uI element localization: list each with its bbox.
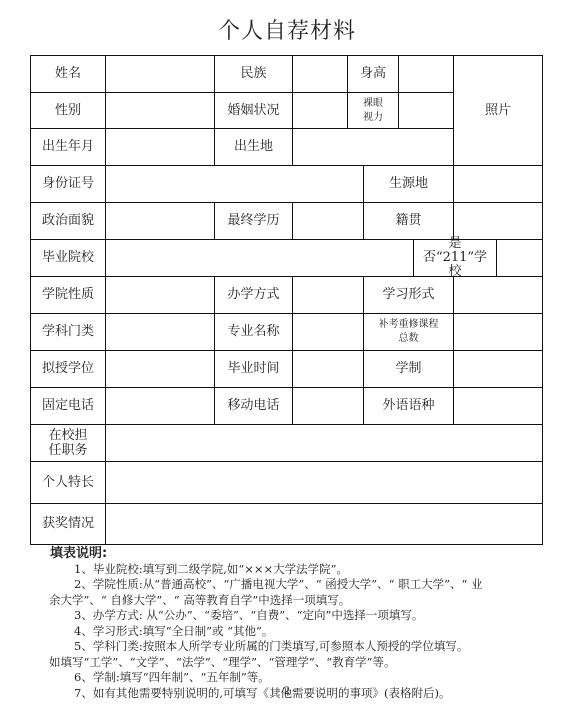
- label-major: 专业名称: [214, 313, 293, 351]
- input-graduate-school[interactable]: [105, 239, 414, 277]
- photo-box[interactable]: 照片: [453, 55, 543, 166]
- input-major[interactable]: [292, 313, 364, 351]
- input-school-position[interactable]: [105, 424, 543, 462]
- instruction-item: 3、办学方式: 从“公办”、“委培”、“自费”、“定向”中选择一项填写。: [36, 608, 556, 624]
- page-number: - 2 -: [0, 686, 574, 697]
- label-retake-courses: 补考重修课程总数: [363, 313, 454, 351]
- label-native-place: 籍贯: [363, 202, 454, 240]
- label-graduate-school: 毕业院校: [30, 239, 106, 277]
- label-foreign-language: 外语语种: [363, 387, 454, 425]
- input-id-number[interactable]: [105, 165, 364, 203]
- label-political-status: 政治面貌: [30, 202, 106, 240]
- input-native-place[interactable]: [453, 202, 543, 240]
- application-form-table: 姓名 民族 身高 照片 性别 婚姻状况 裸眼视力 出生年月 出生地 身份证号 生…: [0, 0, 574, 560]
- label-school-type: 学院性质: [30, 276, 106, 314]
- label-mobile: 移动电话: [214, 387, 293, 425]
- input-degree[interactable]: [105, 350, 215, 388]
- input-foreign-language[interactable]: [453, 387, 543, 425]
- label-landline: 固定电话: [30, 387, 106, 425]
- input-ethnicity[interactable]: [292, 55, 348, 93]
- input-gender[interactable]: [105, 92, 215, 129]
- label-final-education: 最终学历: [214, 202, 293, 240]
- label-study-form: 学习形式: [363, 276, 454, 314]
- input-eyesight[interactable]: [398, 92, 454, 129]
- input-run-mode[interactable]: [292, 276, 364, 314]
- input-mobile[interactable]: [292, 387, 364, 425]
- input-birth-date[interactable]: [105, 128, 215, 166]
- input-discipline[interactable]: [105, 313, 215, 351]
- label-birthplace: 出生地: [214, 128, 293, 166]
- input-political-status[interactable]: [105, 202, 215, 240]
- input-specialty[interactable]: [105, 461, 543, 504]
- input-name[interactable]: [105, 55, 215, 93]
- label-ethnicity: 民族: [214, 55, 293, 93]
- label-schooling-length: 学制: [363, 350, 454, 388]
- instruction-item: 6、学制:填写“四年制”、“五年制”等。: [36, 670, 556, 686]
- label-degree: 拟授学位: [30, 350, 106, 388]
- label-marital-status: 婚姻状况: [214, 92, 293, 129]
- input-birthplace[interactable]: [292, 128, 454, 166]
- label-discipline: 学科门类: [30, 313, 106, 351]
- label-id-number: 身份证号: [30, 165, 106, 203]
- label-origin: 生源地: [363, 165, 454, 203]
- label-is-211: 是否“211”学校: [413, 239, 497, 277]
- input-origin[interactable]: [453, 165, 543, 203]
- input-schooling-length[interactable]: [453, 350, 543, 388]
- label-height: 身高: [347, 55, 399, 93]
- instructions-heading: 填表说明:: [50, 546, 556, 562]
- input-study-form[interactable]: [453, 276, 543, 314]
- input-marital-status[interactable]: [292, 92, 348, 129]
- instruction-item: 1、毕业院校:填写到二级学院,如“×××大学法学院”。: [36, 562, 556, 578]
- input-retake-courses[interactable]: [453, 313, 543, 351]
- input-landline[interactable]: [105, 387, 215, 425]
- instruction-item: 5、学科门类:按照本人所学专业所属的门类填写,可参照本人预授的学位填写。: [36, 639, 556, 655]
- input-is-211[interactable]: [496, 239, 543, 277]
- label-birth-date: 出生年月: [30, 128, 106, 166]
- label-gender: 性别: [30, 92, 106, 129]
- input-awards[interactable]: [105, 503, 543, 545]
- instruction-item-continued: 余大学”、“ 自修大学”、“ 高等教育自学”中选择一项填写。: [36, 593, 556, 609]
- filling-instructions: 填表说明: 1、毕业院校:填写到二级学院,如“×××大学法学院”。 2、学院性质…: [36, 546, 556, 701]
- label-run-mode: 办学方式: [214, 276, 293, 314]
- label-graduation-time: 毕业时间: [214, 350, 293, 388]
- input-height[interactable]: [398, 55, 454, 93]
- label-awards: 获奖情况: [30, 503, 106, 545]
- instruction-item: 2、学院性质:从“普通高校”、“广播电视大学”、“ 函授大学”、“ 职工大学”、…: [36, 577, 556, 593]
- input-final-education[interactable]: [292, 202, 364, 240]
- label-eyesight: 裸眼视力: [347, 92, 399, 129]
- input-graduation-time[interactable]: [292, 350, 364, 388]
- label-school-position: 在校担任职务: [30, 424, 106, 462]
- label-specialty: 个人特长: [30, 461, 106, 504]
- instruction-item: 4、学习形式:填写“全日制”或 “其他”。: [36, 624, 556, 640]
- instruction-item-continued: 如填写“工学”、“文学”、“法学”、“理学”、“管理学”、“教育学”等。: [36, 655, 556, 671]
- label-name: 姓名: [30, 55, 106, 93]
- input-school-type[interactable]: [105, 276, 215, 314]
